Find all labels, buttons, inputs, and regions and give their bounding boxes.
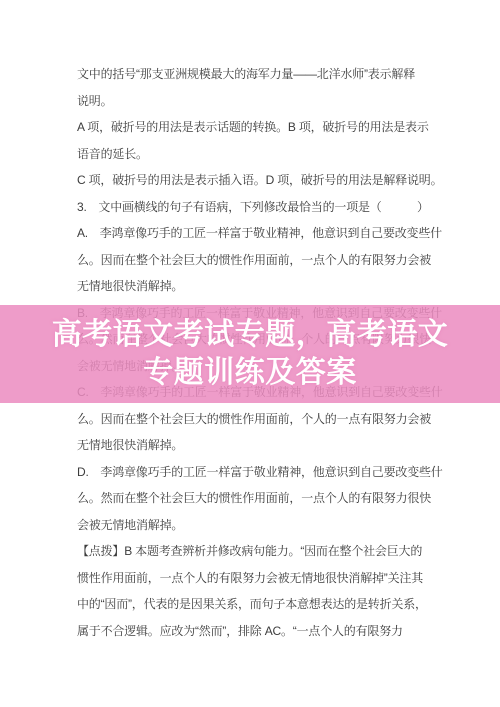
text-line: A 项，破折号的用法是表示话题的转换。B 项，破折号的用法是表示 — [77, 114, 477, 141]
text-line: 么。因而在整个社会巨大的惯性作用面前，个人的一点有限努力会被 — [77, 406, 477, 433]
watermark-banner: 高考语文考试专题，高考语文 专题训练及答案 — [0, 305, 500, 403]
text-line: 无情地很快消解掉。 — [77, 432, 477, 459]
question-line: 3. 文中画横线的句子有语病，下列修改最恰当的一项是（ ） — [77, 194, 477, 221]
option-a-line: A. 李鸿章像巧手的工匠一样富于敬业精神，他意识到自己要改变些什 — [77, 220, 477, 247]
text-line: 中的“因而”，代表的是因果关系，而句子本意想表达的是转折关系， — [77, 591, 477, 618]
option-d-line: D. 李鸿章像巧手的工匠一样富于敬业精神，他意识到自己要改变些什 — [77, 459, 477, 486]
text-line: 说明。 — [77, 88, 477, 115]
text-line: 属于不合逻辑。应改为“然而”，排除 AC。“一点个人的有限努力 — [77, 618, 477, 645]
text-line: 惯性作用面前，一点个人的有限努力会被无情地很快消解掉”关注其 — [77, 565, 477, 592]
answer-explanation-line: 【点拨】B 本题考查辨析并修改病句能力。“因而在整个社会巨大的 — [77, 538, 477, 565]
document-page: 文中的括号“那支亚洲规模最大的海军力量——北洋水师”表示解释 说明。 A 项，破… — [0, 0, 500, 707]
text-line: 文中的括号“那支亚洲规模最大的海军力量——北洋水师”表示解释 — [77, 61, 477, 88]
text-line: 无情地很快消解掉。 — [77, 273, 477, 300]
text-line: C 项，破折号的用法是表示插入语。D 项，破折号的用法是解释说明。 — [77, 167, 477, 194]
text-line: 语音的延长。 — [77, 141, 477, 168]
text-line: 么。因而在整个社会巨大的惯性作用面前，一点个人的有限努力会被 — [77, 247, 477, 274]
text-line: 会被无情地消解掉。 — [77, 512, 477, 539]
watermark-title-line1: 高考语文考试专题，高考语文 — [52, 316, 449, 354]
watermark-title-line2: 专题训练及答案 — [143, 354, 357, 392]
text-line: 么。然而在整个社会巨大的惯性作用面前，一点个人的有限努力很快 — [77, 485, 477, 512]
